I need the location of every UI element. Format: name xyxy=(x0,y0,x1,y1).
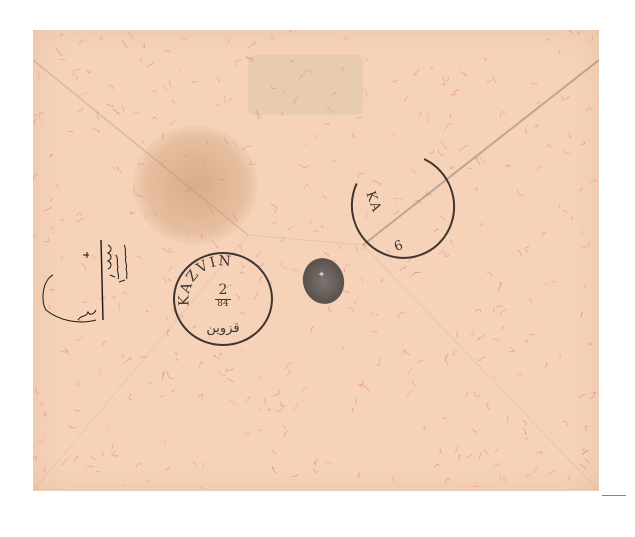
stamp-stain xyxy=(133,125,258,245)
hinge-remnant xyxy=(248,55,363,115)
partial-postmark-letters: KA xyxy=(362,189,384,215)
edge-mark xyxy=(602,495,626,496)
manuscript-strokes xyxy=(38,225,138,345)
postmark-year: 84 xyxy=(175,299,271,309)
seal-glyph: ✦ xyxy=(301,265,343,285)
partial-postmark-number: 6 xyxy=(392,238,405,255)
manuscript-notation: ۲۰ · مرحوم ... ۱۳۰۰ xyxy=(38,225,138,345)
envelope-back: KAZVIN 2 84 قزوین KA 6 ✦ ۲۰ · مرحوم ... … xyxy=(33,30,599,491)
kazvin-postmark: KAZVIN 2 84 قزوین xyxy=(173,252,273,346)
postmark-day: 2 xyxy=(175,282,271,298)
postmark-persian-town: قزوین xyxy=(175,321,271,336)
